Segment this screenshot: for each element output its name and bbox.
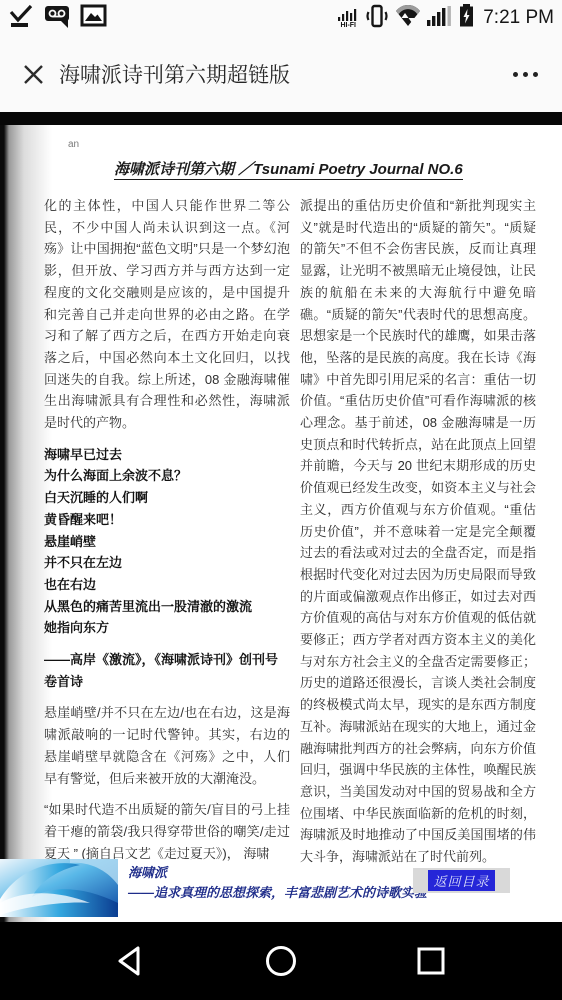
signal-bars-icon — [426, 5, 453, 31]
wifi-data-arrows-icon — [395, 4, 421, 32]
document-page[interactable]: an 海啸派诗刊第六期 ／Tsunami Poetry Journal NO.6… — [0, 125, 562, 922]
clock-text: 7:21 PM — [483, 7, 554, 29]
poem-block: 海啸早已过去 为什么海面上余波不息？ 白天沉睡的人们啊 黄昏醒来吧！ 悬崖峭壁 … — [44, 444, 290, 639]
phone-screen: HI-FI 7:21 PM 海啸派诗刊第六期超链版 — [0, 0, 562, 1000]
poem-line: 也在右边 — [44, 574, 290, 596]
app-bar: 海啸派诗刊第六期超链版 — [0, 36, 562, 112]
footer-motto: 海啸派 ——追求真理的思想探索，丰富悲剧艺术的诗歌实验 — [128, 864, 427, 902]
page-footer: 海啸派 ——追求真理的思想探索，丰富悲剧艺术的诗歌实验 返回目录 — [0, 862, 562, 922]
hifi-label: HI-FI — [340, 22, 356, 29]
status-bar-notifications — [8, 3, 107, 34]
recents-button[interactable] — [413, 943, 449, 979]
right-column: 派提出的重估历史价值和“新批判现实主义”就是时代造出的“质疑的箭矢”。“质疑的箭… — [300, 195, 536, 868]
paragraph: “如果时代造不出质疑的箭矢/盲目的弓上挂着干瘪的箭袋/我只得穿带世俗的嘲笑/走过… — [44, 799, 290, 864]
poem-line: 黄昏醒来吧！ — [44, 509, 290, 531]
vibrate-icon — [364, 3, 390, 34]
android-nav-bar — [0, 922, 562, 1000]
left-column: 化的主体性，中国人只能作世界二等公民，不少中国人尚未认识到这一点。《河殇》让中国… — [44, 195, 290, 868]
back-button[interactable] — [113, 943, 149, 979]
back-to-toc-link[interactable]: 返回目录 — [428, 870, 494, 891]
two-column-text: 化的主体性，中国人只能作世界二等公民，不少中国人尚未认识到这一点。《河殇》让中国… — [44, 195, 536, 868]
paragraph: 悬崖峭壁/并不只在左边/也在右边，这是海啸派敲响的一记时代警钟。其实，右边的悬崖… — [44, 702, 290, 789]
corner-note: an — [68, 139, 536, 150]
screenshot-image-icon — [80, 4, 107, 33]
paragraph: 化的主体性，中国人只能作世界二等公民，不少中国人尚未认识到这一点。《河殇》让中国… — [44, 195, 290, 434]
footer-slogan: ——追求真理的思想探索，丰富悲剧艺术的诗歌实验 — [128, 884, 427, 902]
poem-line: 她指向东方 — [44, 617, 290, 639]
poem-line: 白天沉睡的人们啊 — [44, 487, 290, 509]
poem-line: 悬崖峭壁 — [44, 531, 290, 553]
ocean-wave-image — [0, 859, 118, 922]
footer-brand: 海啸派 — [128, 864, 427, 882]
status-bar-system: HI-FI 7:21 PM — [337, 3, 554, 34]
journal-title: 海啸派诗刊第六期 ／Tsunami Poetry Journal NO.6 — [114, 158, 536, 179]
paragraph: 派提出的重估历史价值和“新批判现实主义”就是时代造出的“质疑的箭矢”。“质疑的箭… — [300, 195, 536, 868]
home-button[interactable] — [263, 943, 299, 979]
page-title: 海啸派诗刊第六期超链版 — [59, 59, 511, 89]
battery-charging-icon — [458, 3, 475, 33]
more-menu-icon[interactable] — [511, 66, 540, 83]
download-done-icon — [8, 3, 34, 34]
poem-line: 并不只在左边 — [44, 552, 290, 574]
poem-line: 海啸早已过去 — [44, 444, 290, 466]
document-top-edge — [0, 112, 562, 125]
close-icon[interactable] — [22, 63, 45, 86]
voicemail-icon — [43, 3, 71, 34]
poem-line: 从黑色的痛苦里流出一股清澈的激流 — [44, 596, 290, 618]
poem-attribution: ——高岸《激流》，《海啸派诗刊》创刊号卷首诗 — [44, 649, 290, 692]
status-bar: HI-FI 7:21 PM — [0, 0, 562, 36]
hifi-equalizer-icon: HI-FI — [337, 8, 359, 29]
poem-line: 为什么海面上余波不息？ — [44, 465, 290, 487]
back-to-toc-box: 返回目录 — [413, 868, 510, 893]
